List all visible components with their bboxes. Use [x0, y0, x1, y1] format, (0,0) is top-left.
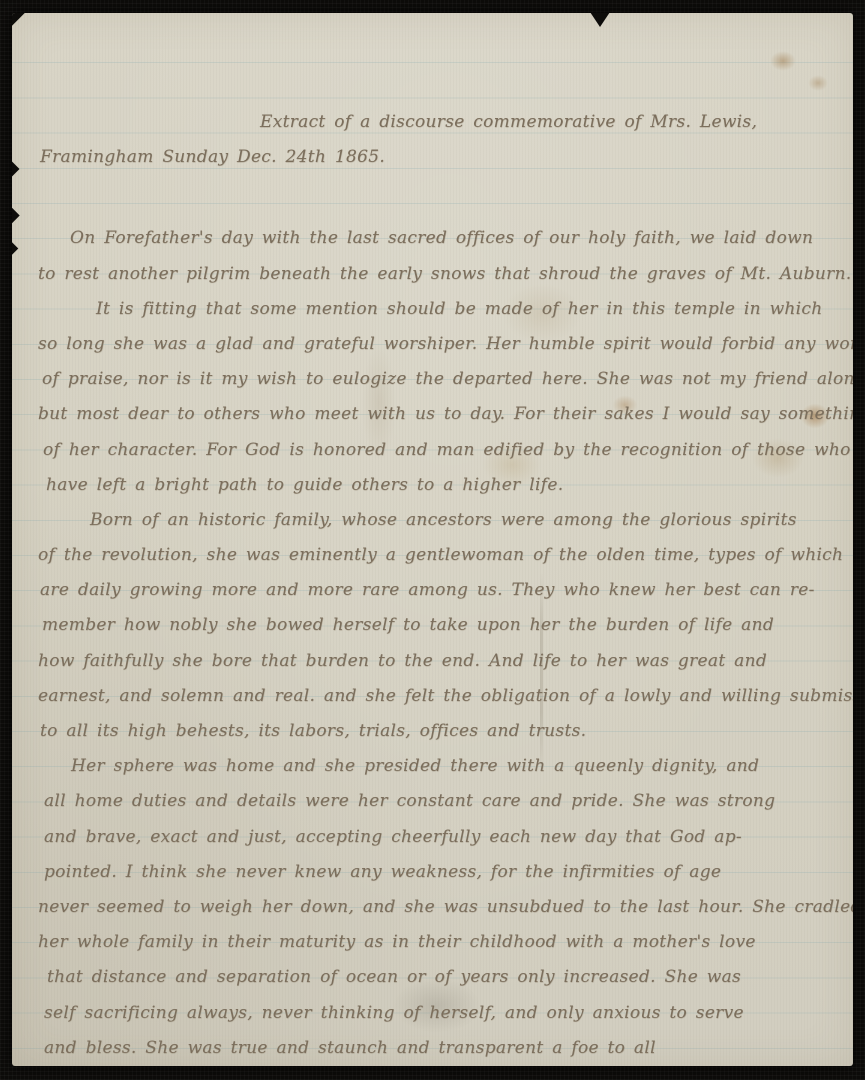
- paper-edge-chip: [12, 161, 19, 178]
- manuscript-line: Her sphere was home and she presided the…: [71, 749, 843, 784]
- manuscript-line: self sacrificing always, never thinking …: [44, 996, 843, 1031]
- manuscript-line: how faithfully she bore that burden to t…: [38, 644, 843, 679]
- manuscript-line: of the revolution, she was eminently a g…: [38, 538, 843, 573]
- paper-edge-chip: [12, 206, 20, 224]
- manuscript-page: Extract of a discourse commemorative of …: [12, 13, 853, 1066]
- manuscript-line: pointed. I think she never knew any weak…: [44, 855, 843, 890]
- manuscript-line: member how nobly she bowed herself to ta…: [42, 608, 843, 643]
- manuscript-text: Extract of a discourse commemorative of …: [38, 13, 843, 1066]
- manuscript-line: of her character. For God is honored and…: [43, 433, 843, 468]
- manuscript-line: never seemed to weigh her down, and she …: [38, 890, 843, 925]
- paper-corner-wear: [12, 13, 25, 26]
- manuscript-line: It is fitting that some mention should b…: [96, 292, 843, 327]
- manuscript-line: but most dear to others who meet with us…: [38, 397, 843, 432]
- scan-surface: Extract of a discourse commemorative of …: [0, 0, 865, 1080]
- place-date-line: Framingham Sunday Dec. 24th 1865.: [40, 140, 843, 175]
- manuscript-line: and bless. She was true and staunch and …: [44, 1031, 843, 1066]
- manuscript-line: Born of an historic family, whose ancest…: [90, 503, 843, 538]
- paper-edge-chip: [12, 241, 18, 257]
- manuscript-line: On Forefather's day with the last sacred…: [70, 221, 843, 256]
- manuscript-line: to rest another pilgrim beneath the earl…: [38, 257, 843, 292]
- manuscript-line: to all its high behests, its labors, tri…: [40, 714, 843, 749]
- manuscript-line: earnest, and solemn and real. and she fe…: [38, 679, 843, 714]
- title-line: Extract of a discourse commemorative of …: [260, 105, 843, 140]
- manuscript-line: that distance and separation of ocean or…: [47, 960, 843, 995]
- manuscript-line: have left a bright path to guide others …: [46, 468, 843, 503]
- manuscript-line: so long she was a glad and grateful wors…: [38, 327, 843, 362]
- manuscript-line: all home duties and details were her con…: [44, 784, 843, 819]
- manuscript-line: her whole family in their maturity as in…: [38, 925, 843, 960]
- manuscript-line: are daily growing more and more rare amo…: [40, 573, 843, 608]
- manuscript-line: and brave, exact and just, accepting che…: [44, 820, 843, 855]
- paper-tear-notch: [590, 13, 610, 27]
- manuscript-line: of praise, nor is it my wish to eulogize…: [42, 362, 843, 397]
- blank-ruled-gap: [38, 175, 843, 221]
